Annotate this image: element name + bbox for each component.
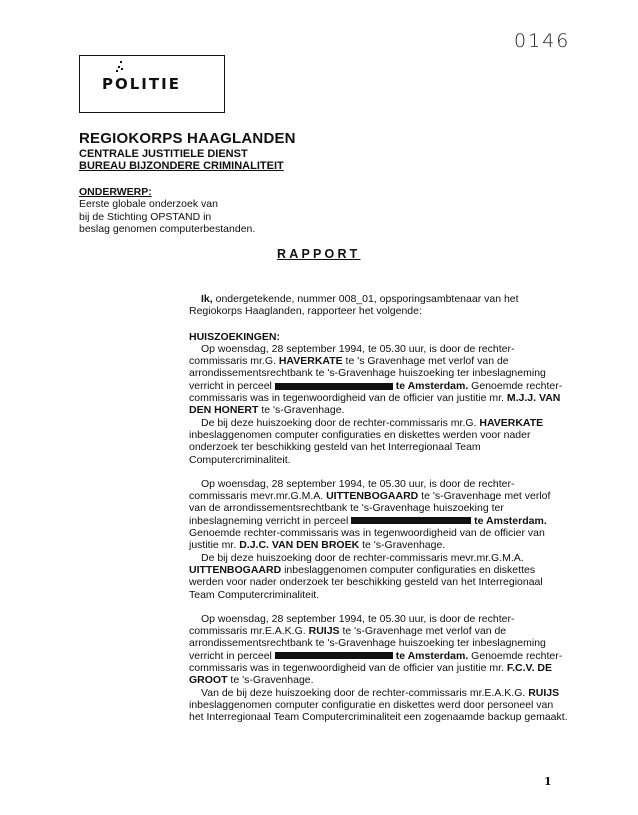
redacted-address (275, 652, 393, 659)
section-heading: HUISZOEKINGEN: (189, 331, 569, 343)
paragraph: Op woensdag, 28 september 1994, te 05.30… (189, 343, 569, 417)
intro-paragraph: Ik, ondergetekende, nummer 008_01, opspo… (189, 293, 569, 318)
report-title: RAPPORT (277, 247, 361, 261)
subject-block: ONDERWERP: Eerste globale onderzoek van … (79, 186, 255, 235)
subject-line: Eerste globale onderzoek van (79, 198, 255, 210)
bureau-name: BUREAU BIJZONDERE CRIMINALITEIT (79, 160, 296, 172)
paragraph: De bij deze huiszoeking door de rechter-… (189, 552, 569, 601)
subject-label: ONDERWERP: (79, 186, 255, 198)
page-number: 1 (544, 775, 552, 788)
paragraph: De bij deze huiszoeking door de rechter-… (189, 417, 569, 466)
logo-text: POLITIE (102, 75, 181, 93)
paragraph: Op woensdag, 28 september 1994, te 05.30… (189, 478, 569, 552)
flame-icon (118, 66, 120, 68)
report-body: Ik, ondergetekende, nummer 008_01, opspo… (189, 293, 569, 724)
redacted-address (351, 517, 471, 524)
subject-line: bij de Stichting OPSTAND in (79, 211, 255, 223)
dept-name: CENTRALE JUSTITIELE DIENST (79, 148, 296, 160)
subject-line: beslag genomen computerbestanden. (79, 223, 255, 235)
letterhead: REGIOKORPS HAAGLANDEN CENTRALE JUSTITIEL… (79, 130, 296, 172)
politie-logo: POLITIE (79, 55, 225, 113)
redacted-address (275, 383, 393, 390)
paragraph: Van de bij deze huiszoeking door de rech… (189, 687, 569, 724)
document-stamp-number: 0146 (514, 30, 570, 52)
paragraph: Op woensdag, 28 september 1994, te 05.30… (189, 613, 569, 687)
org-name: REGIOKORPS HAAGLANDEN (79, 130, 296, 147)
